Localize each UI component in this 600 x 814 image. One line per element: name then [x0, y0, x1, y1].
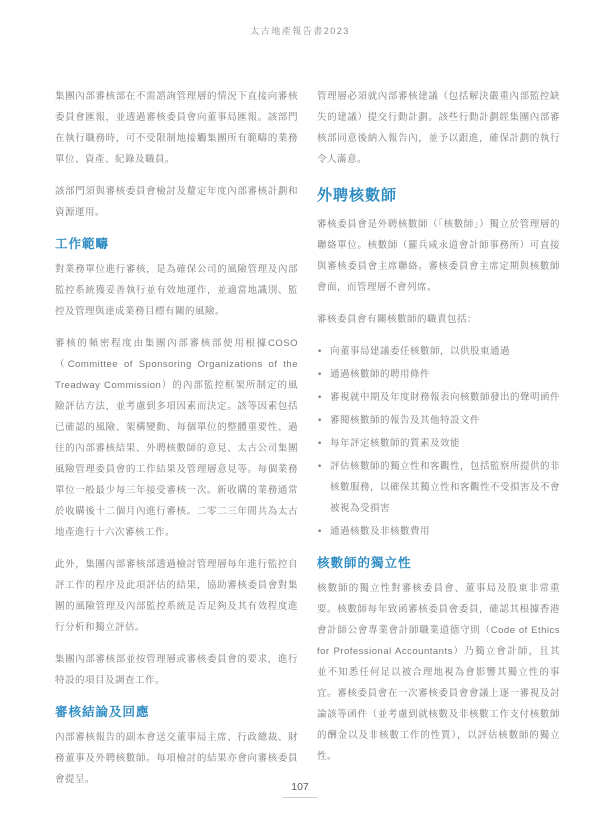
- paragraph-work-scope-3: 此外，集團內部審核部透過檢討管理層每年進行監控自評工作的程序及此項評估的結果，協…: [55, 554, 298, 638]
- section-title-work-scope: 工作範疇: [55, 234, 298, 252]
- section-title-audit-conclusion: 審核結論及回應: [55, 702, 298, 720]
- page-number: 107: [283, 781, 317, 798]
- paragraph-internal-audit-reporting: 集團內部審核部在不需諮詢管理層的情況下直接向審核委員會匯報，並透過審核委員會向董…: [55, 86, 298, 170]
- list-item: 向董事局建議委任核數師，以供股東通過: [317, 341, 560, 362]
- paragraph-duties-intro: 審核委員會有關核數師的職責包括：: [317, 309, 560, 330]
- list-item: 審閱核數師的報告及其他特設文件: [317, 410, 560, 431]
- list-item: 每年評定核數師的質素及效能: [317, 433, 560, 454]
- two-column-layout: 集團內部審核部在不需諮詢管理層的情況下直接向審核委員會匯報，並透過審核委員會向董…: [55, 86, 560, 801]
- section-title-external-auditors: 外聘核數師: [317, 184, 560, 205]
- section-title-auditor-independence: 核數師的獨立性: [317, 553, 560, 571]
- paragraph-management-action-plans: 管理層必須就內部審核建議（包括解決嚴重內部監控缺失的建議）提交行動計劃。該些行動…: [317, 86, 560, 170]
- paragraph-work-scope-1: 對業務單位進行審核，是為確保公司的風險管理及內部監控系統獲妥善執行並有效地運作，…: [55, 259, 298, 322]
- paragraph-auditor-independence: 核數師的獨立性對審核委員會、董事局及股東非常重要。核數師每年致函審核委員會委員，…: [317, 578, 560, 767]
- report-header-title: 太古地產報告書2023: [0, 24, 600, 37]
- report-page: 太古地產報告書2023 集團內部審核部在不需諮詢管理層的情況下直接向審核委員會匯…: [0, 0, 600, 814]
- list-item: 評估核數師的獨立性和客觀性，包括監察所提供的非核數服務，以確保其獨立性和客觀性不…: [317, 456, 560, 519]
- list-item: 通過核數及非核數費用: [317, 521, 560, 542]
- page-footer: 107: [0, 777, 600, 798]
- paragraph-external-auditors: 審核委員會是外聘核數師（「核數師」）獨立於管理層的聯絡單位。核數師（羅兵咸永道會…: [317, 214, 560, 298]
- auditor-duties-list: 向董事局建議委任核數師，以供股東通過 通過核數師的聘用條件 審視就中期及年度財務…: [317, 341, 560, 542]
- left-column: 集團內部審核部在不需諮詢管理層的情況下直接向審核委員會匯報，並透過審核委員會向董…: [55, 86, 298, 801]
- right-column: 管理層必須就內部審核建議（包括解決嚴重內部監控缺失的建議）提交行動計劃。該些行動…: [317, 86, 560, 801]
- paragraph-annual-audit-plan: 該部門須與審核委員會檢討及釐定年度內部審核計劃和資源運用。: [55, 181, 298, 223]
- list-item: 通過核數師的聘用條件: [317, 364, 560, 385]
- paragraph-work-scope-4: 集團內部審核部並按管理層或審核委員會的要求，進行特設的項目及調查工作。: [55, 649, 298, 691]
- list-item: 審視就中期及年度財務報表向核數師發出的聲明函件: [317, 387, 560, 408]
- paragraph-work-scope-2: 審核的頻密程度由集團內部審核部使用根據COSO（Committee of Spo…: [55, 333, 298, 543]
